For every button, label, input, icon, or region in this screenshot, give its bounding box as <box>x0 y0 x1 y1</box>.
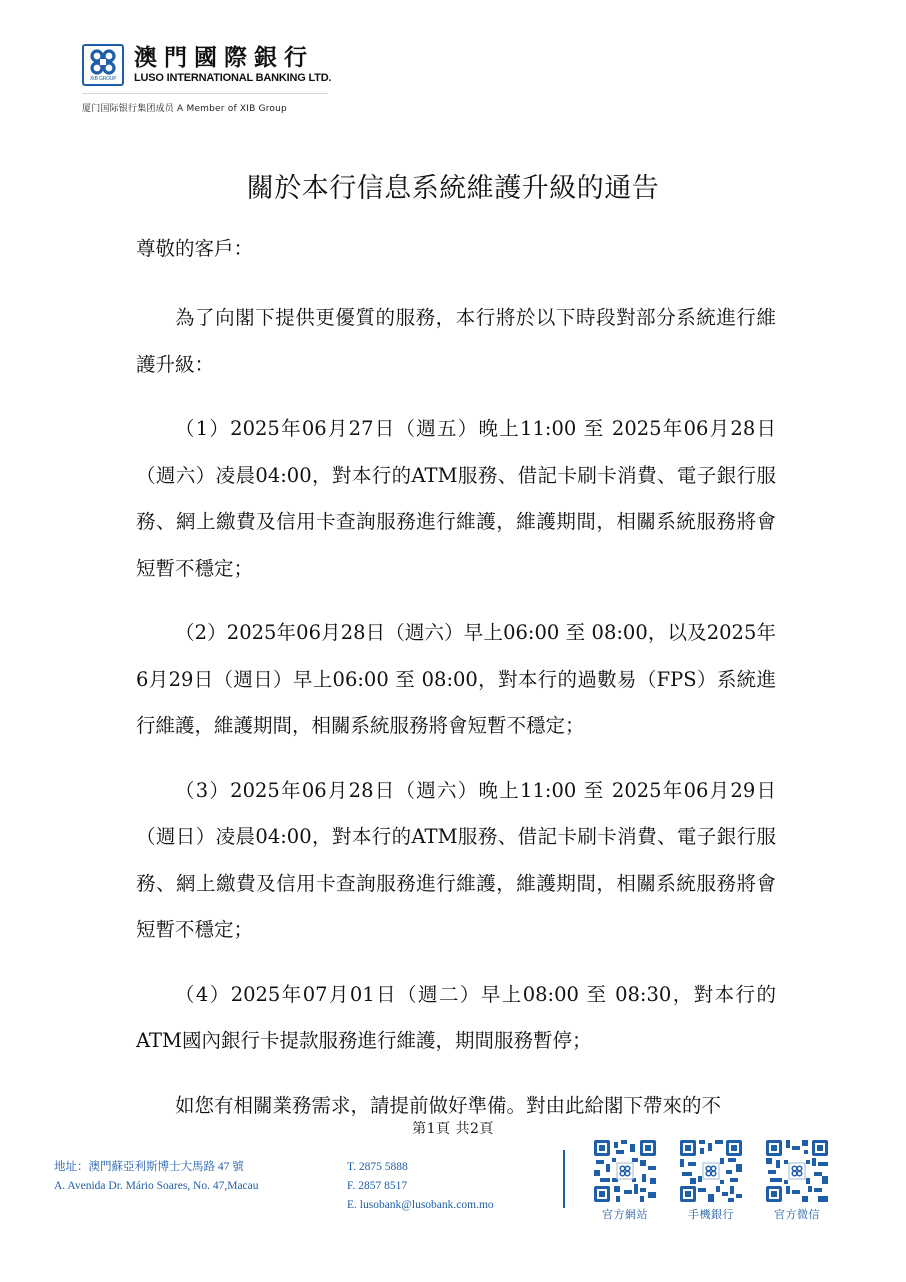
letterhead: XIB GROUP 澳門國際銀行 LUSO INTERNATIONAL BANK… <box>82 44 331 114</box>
qr-code-icon <box>680 1140 742 1202</box>
xib-group-logo: XIB GROUP <box>82 44 124 86</box>
qr-label: 官方網站 <box>602 1206 648 1222</box>
maintenance-item-2: （2）2025年06月28日（週六）早上06:00 至 08:00，以及2025… <box>136 610 776 750</box>
page-indicator: 第1頁 共2頁 <box>0 1118 906 1138</box>
contact-block: T. 2875 5888 F. 2857 8517 E. lusobank@lu… <box>347 1158 494 1215</box>
address-en: A. Avenida Dr. Mário Soares, No. 47,Maca… <box>54 1177 259 1196</box>
phone: T. 2875 5888 <box>347 1158 494 1177</box>
email-link[interactable]: E. lusobank@lusobank.com.mo <box>347 1196 494 1215</box>
logo-subtext: XIB GROUP <box>90 76 116 82</box>
bank-name-en: LUSO INTERNATIONAL BANKING LTD. <box>134 71 331 85</box>
maintenance-item-1: （1）2025年06月27日（週五）晚上11:00 至 2025年06月28日（… <box>136 406 776 592</box>
qr-code-icon <box>594 1140 656 1202</box>
fax: F. 2857 8517 <box>347 1177 494 1196</box>
qr-code-group: 官方網站 手機銀行 <box>594 1140 828 1222</box>
member-line: 厦门国际银行集团成员 A Member of XIB Group <box>82 101 331 114</box>
address-block: 地址：澳門蘇亞利斯博士大馬路 47 號 A. Avenida Dr. Mário… <box>54 1158 259 1196</box>
qr-official-wechat[interactable]: 官方微信 <box>766 1140 828 1222</box>
maintenance-item-4: （4）2025年07月01日（週二）早上08:00 至 08:30，對本行的AT… <box>136 972 776 1065</box>
maintenance-item-3: （3）2025年06月28日（週六）晚上11:00 至 2025年06月29日（… <box>136 768 776 954</box>
salutation: 尊敬的客戶： <box>136 230 776 268</box>
qr-official-website[interactable]: 官方網站 <box>594 1140 656 1222</box>
intro-paragraph: 為了向閣下提供更優質的服務，本行將於以下時段對部分系統進行維護升級： <box>136 295 776 388</box>
qr-mobile-banking[interactable]: 手機銀行 <box>680 1140 742 1222</box>
qr-label: 手機銀行 <box>688 1206 734 1222</box>
notice-title: 關於本行信息系統維護升級的通告 <box>0 166 906 205</box>
header-divider <box>82 93 328 94</box>
notice-body: 尊敬的客戶： 為了向閣下提供更優質的服務，本行將於以下時段對部分系統進行維護升級… <box>136 230 776 1129</box>
bank-name-zh: 澳門國際銀行 <box>134 45 331 71</box>
clover-logo-icon <box>88 48 118 76</box>
qr-label: 官方微信 <box>774 1206 820 1222</box>
footer-divider <box>563 1150 565 1208</box>
qr-code-icon <box>766 1140 828 1202</box>
address-zh: 地址：澳門蘇亞利斯博士大馬路 47 號 <box>54 1158 259 1177</box>
